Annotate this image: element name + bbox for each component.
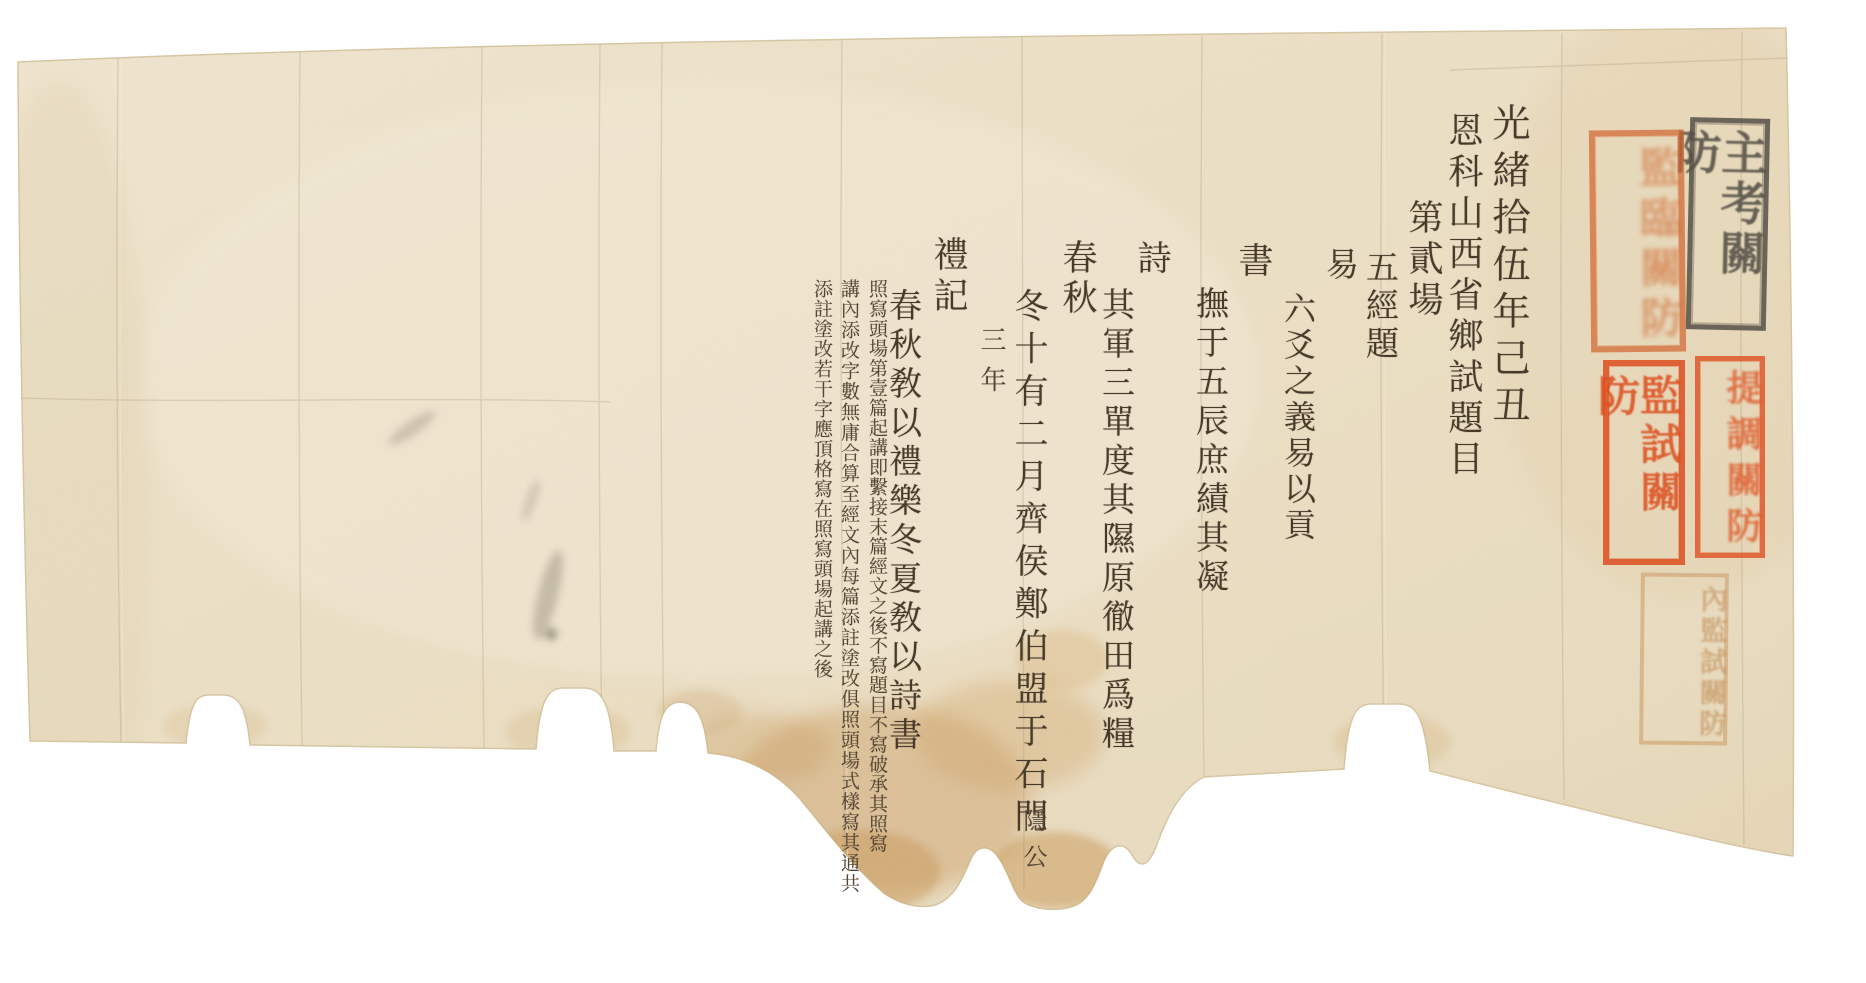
exam-supervisor-seal-text: 監試關防 (1609, 374, 1679, 559)
chief-examiner-seal-text: 主考關防 (1691, 128, 1765, 325)
session-column: 第貳場 (1405, 199, 1440, 322)
question-chunqiu: 冬十有二月齊侯鄭伯盟于石門 (1011, 288, 1045, 841)
chief-examiner-seal: 主考關防 (1686, 117, 1770, 331)
question-yi: 六爻之義易以貢 (1282, 292, 1314, 544)
category-column: 五經題 (1364, 250, 1397, 364)
exam-paper-scan: 主考關防 監臨關防 提調關防 監試關防 內監試關防 光緒拾伍年己丑 恩科山西省鄉… (0, 0, 1866, 983)
instruction-column-1: 照寫頭場第壹篇起講即繫接末篇經文之後不寫題目不寫破承其照寫 (867, 279, 886, 853)
question-liji: 春秋敎以禮樂冬夏敎以詩書 (887, 288, 920, 756)
classic-header-shi: 詩 (1134, 240, 1168, 274)
classic-header-shu: 書 (1235, 242, 1270, 277)
instruction-column-2: 講內添改字數無庸合算至經文內每篇添註塗改俱照頭場式樣寫其通共 (839, 279, 858, 894)
question-shi: 其軍三單度其隰原徹田爲糧 (1100, 287, 1133, 755)
administrator-seal: 提調關防 (1695, 356, 1765, 558)
classic-header-yi: 易 (1324, 247, 1357, 280)
supervising-commissioner-seal: 監臨關防 (1589, 130, 1686, 353)
instruction-column-3: 添註塗改若干字應頂格寫在照寫頭場起講之後 (812, 279, 831, 679)
paper-sheet (0, 0, 1866, 983)
classic-header-chunqiu: 春秋 (1059, 239, 1094, 319)
date-column: 光緒拾伍年己丑 (1489, 103, 1527, 432)
title-column: 恩科山西省鄉試題目 (1445, 112, 1480, 481)
inner-supervisor-seal-text: 內監試關防 (1643, 584, 1725, 740)
exam-supervisor-seal: 監試關防 (1603, 360, 1685, 565)
source-note-sannian: 三年 (978, 326, 1004, 406)
paper-aging (0, 0, 1866, 983)
source-note-yingong: 隱公 (1021, 808, 1045, 880)
question-shu: 撫于五辰庶績其凝 (1194, 286, 1227, 598)
inner-supervisor-seal: 內監試關防 (1639, 573, 1729, 746)
supervising-commissioner-seal-text: 監臨關防 (1595, 146, 1680, 347)
classic-header-liji: 禮記 (930, 236, 965, 318)
administrator-seal-text: 提調關防 (1700, 369, 1760, 553)
